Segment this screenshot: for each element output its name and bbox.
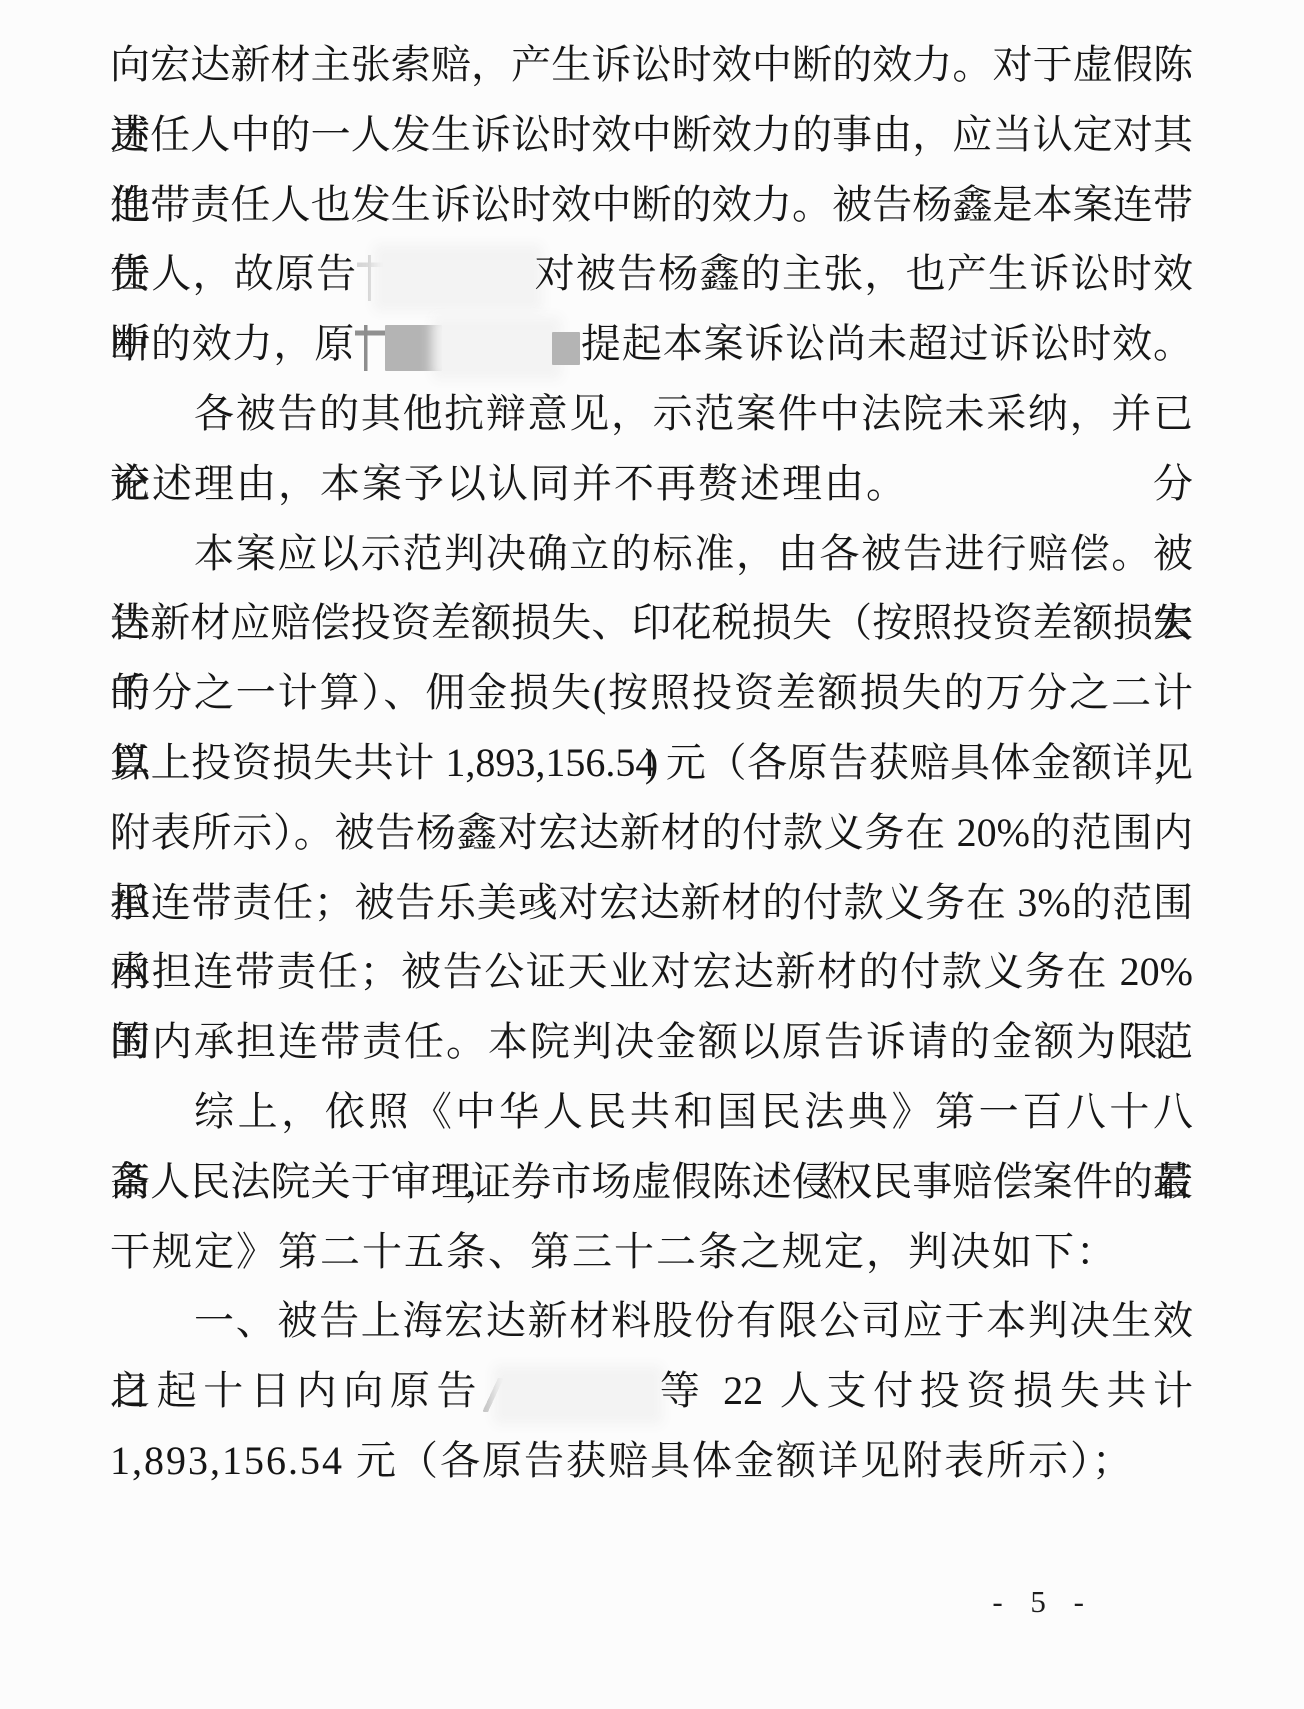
line-text: 任人，故原告: [110, 251, 357, 296]
line-text: 以上投资损失共计 1,893,156.54 元（各原告获赔具体金额详见: [110, 740, 1193, 785]
text-line: 向宏达新材主张索赔，产生诉讼时效中断的效力。对于虚假陈述: [110, 30, 1193, 100]
redaction-ghost-mark: [483, 1378, 503, 1412]
line-text: 高人民法院关于审理证券市场虚假陈述侵权民事赔偿案件的若: [110, 1159, 1193, 1204]
text-line: 围内承担连带责任。本院判决金额以原告诉请的金额为限。: [110, 1007, 1193, 1077]
text-line: 达新材应赔偿投资差额损失、印花税损失（按照投资差额损失的: [110, 588, 1193, 658]
text-line: 责任人中的一人发生诉讼时效中断效力的事由，应当认定对其他: [110, 100, 1193, 170]
redaction-blur: [503, 1375, 653, 1415]
redaction-blur: [383, 254, 533, 302]
redaction-ghost-dark: [355, 325, 385, 371]
text-line: 高人民法院关于审理证券市场虚假陈述侵权民事赔偿案件的若: [110, 1147, 1193, 1217]
text-line: 1,893,156.54 元（各原告获赔具体金额详见附表所示）；: [110, 1426, 1193, 1496]
text-line: 附表所示）。被告杨鑫对宏达新材的付款义务在 20%的范围内承: [110, 798, 1193, 868]
redaction-gray: [552, 332, 580, 365]
line-text: 日起十日内向原告: [110, 1368, 483, 1413]
text-line: 干规定》第二十五条、第三十二条之规定，判决如下：: [110, 1217, 1193, 1287]
text-line: 任人，故原告对被告杨鑫的主张，也产生诉讼时效中: [110, 239, 1193, 309]
text-line: 承担连带责任；被告公证天业对宏达新材的付款义务在 20%的范: [110, 937, 1193, 1007]
document-page: 向宏达新材主张索赔，产生诉讼时效中断的效力。对于虚假陈述责任人中的一人发生诉讼时…: [0, 0, 1304, 1709]
redaction-ghost-light: [357, 255, 383, 301]
text-line: 一、被告上海宏达新材料股份有限公司应于本判决生效之: [110, 1286, 1193, 1356]
redaction-gray: [385, 325, 442, 371]
redaction-blur: [442, 326, 552, 370]
text-line: 各被告的其他抗辩意见，示范案件中法院未采纳，并已充分: [110, 379, 1193, 449]
document-body: 向宏达新材主张索赔，产生诉讼时效中断的效力。对于虚假陈述责任人中的一人发生诉讼时…: [110, 30, 1193, 1496]
text-line: 断的效力，原提起本案诉讼尚未超过诉讼时效。: [110, 309, 1193, 379]
line-text: 断的效力，原: [110, 321, 355, 366]
text-line: 综上，依照《中华人民共和国民法典》第一百八十八条，《最: [110, 1077, 1193, 1147]
text-line: 日起十日内向原告等 22 人支付投资损失共计: [110, 1356, 1193, 1426]
line-text: 围内承担连带责任。本院判决金额以原告诉请的金额为限。: [110, 1019, 1202, 1064]
text-line: 千分之一计算）、佣金损失(按照投资差额损失的万分之二计算)，: [110, 658, 1193, 728]
text-line: 连带责任人也发生诉讼时效中断的效力。被告杨鑫是本案连带责: [110, 170, 1193, 240]
text-line: 担连带责任；被告乐美彧对宏达新材的付款义务在 3%的范围内: [110, 868, 1193, 938]
line-text: 等 22 人支付投资损失共计: [653, 1368, 1193, 1413]
line-text: 提起本案诉讼尚未超过诉讼时效。: [580, 321, 1193, 366]
text-line: 以上投资损失共计 1,893,156.54 元（各原告获赔具体金额详见: [110, 728, 1193, 798]
page-number: - 5 -: [992, 1584, 1094, 1620]
text-line: 本案应以示范判决确立的标准，由各被告进行赔偿。被告宏: [110, 519, 1193, 589]
line-text: 论述理由，本案予以认同并不再赘述理由。: [110, 461, 908, 506]
line-text: 1,893,156.54 元（各原告获赔具体金额详见附表所示）；: [110, 1438, 1134, 1483]
line-text: 干规定》第二十五条、第三十二条之规定，判决如下：: [110, 1229, 1118, 1274]
